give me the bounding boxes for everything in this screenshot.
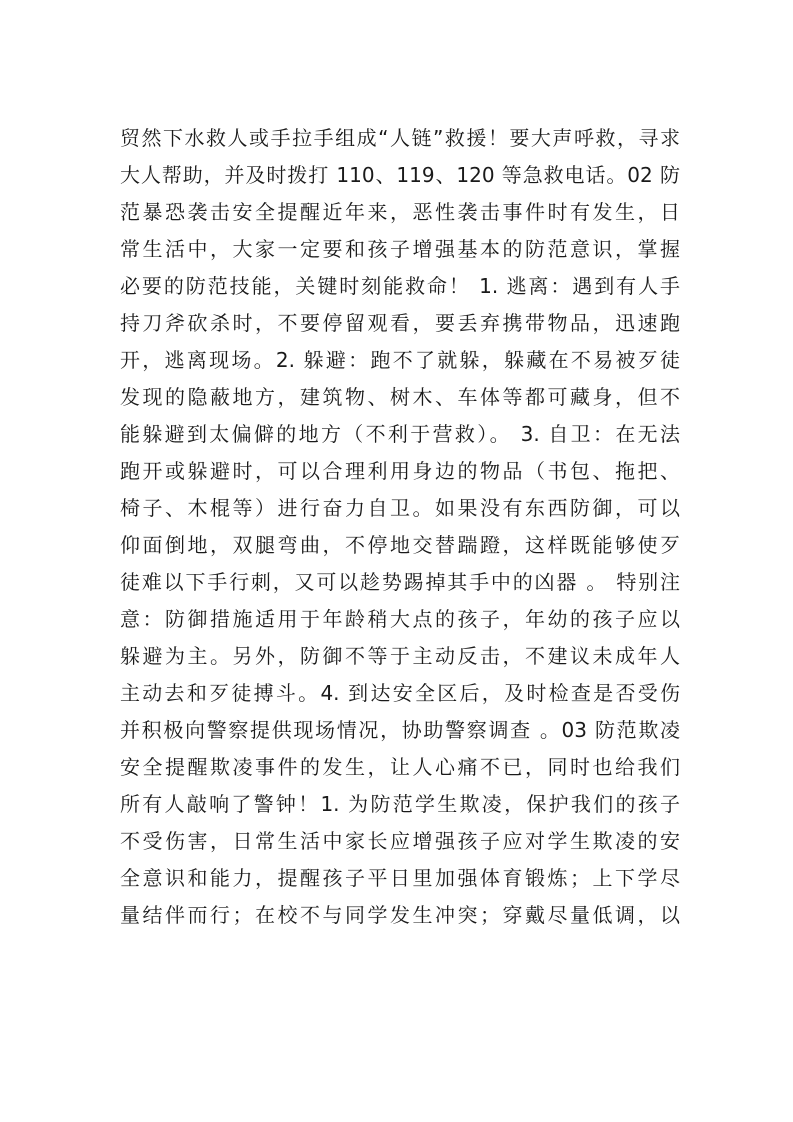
text-line: 所有人敲响了警钟！1. 为防范学生欺凌，保护我们的孩子 xyxy=(120,786,680,823)
text-line: 徒难以下手行刺，又可以趁势踢掉其手中的凶器 。 特别注 xyxy=(120,564,680,601)
text-line: 跑开或躲避时，可以合理利用身边的物品（书包、拖把、 xyxy=(120,453,680,490)
text-line: 开，逃离现场。2. 躲避：跑不了就躲，躲藏在不易被歹徒 xyxy=(120,342,680,379)
text-line: 必要的防范技能，关键时刻能救命！ 1. 逃离：遇到有人手 xyxy=(120,268,680,305)
text-line: 贸然下水救人或手拉手组成“人链”救援！要大声呼救，寻求 xyxy=(120,120,680,157)
text-line: 常生活中，大家一定要和孩子增强基本的防范意识，掌握 xyxy=(120,231,680,268)
text-line: 安全提醒欺凌事件的发生，让人心痛不已，同时也给我们 xyxy=(120,749,680,786)
text-line: 持刀斧砍杀时，不要停留观看，要丢弃携带物品，迅速跑 xyxy=(120,305,680,342)
text-line: 主动去和歹徒搏斗。4. 到达安全区后，及时检查是否受伤 xyxy=(120,675,680,712)
text-line: 并积极向警察提供现场情况，协助警察调查 。03 防范欺凌 xyxy=(120,712,680,749)
text-line: 椅子、木棍等）进行奋力自卫。如果没有东西防御，可以 xyxy=(120,490,680,527)
text-line: 意：防御措施适用于年龄稍大点的孩子，年幼的孩子应以 xyxy=(120,601,680,638)
document-body: 贸然下水救人或手拉手组成“人链”救援！要大声呼救，寻求 大人帮助，并及时拨打 1… xyxy=(120,120,680,934)
text-line: 量结伴而行；在校不与同学发生冲突；穿戴尽量低调，以 xyxy=(120,897,680,934)
text-line: 范暴恐袭击安全提醒近年来，恶性袭击事件时有发生，日 xyxy=(120,194,680,231)
text-line: 大人帮助，并及时拨打 110、119、120 等急救电话。02 防 xyxy=(120,157,680,194)
text-line: 全意识和能力，提醒孩子平日里加强体育锻炼；上下学尽 xyxy=(120,860,680,897)
text-line: 能躲避到太偏僻的地方（不利于营救）。 3. 自卫：在无法 xyxy=(120,416,680,453)
text-line: 躲避为主。另外，防御不等于主动反击，不建议未成年人 xyxy=(120,638,680,675)
text-line: 发现的隐蔽地方，建筑物、树木、车体等都可藏身，但不 xyxy=(120,379,680,416)
text-line: 不受伤害，日常生活中家长应增强孩子应对学生欺凌的安 xyxy=(120,823,680,860)
text-line: 仰面倒地，双腿弯曲，不停地交替踹蹬，这样既能够使歹 xyxy=(120,527,680,564)
